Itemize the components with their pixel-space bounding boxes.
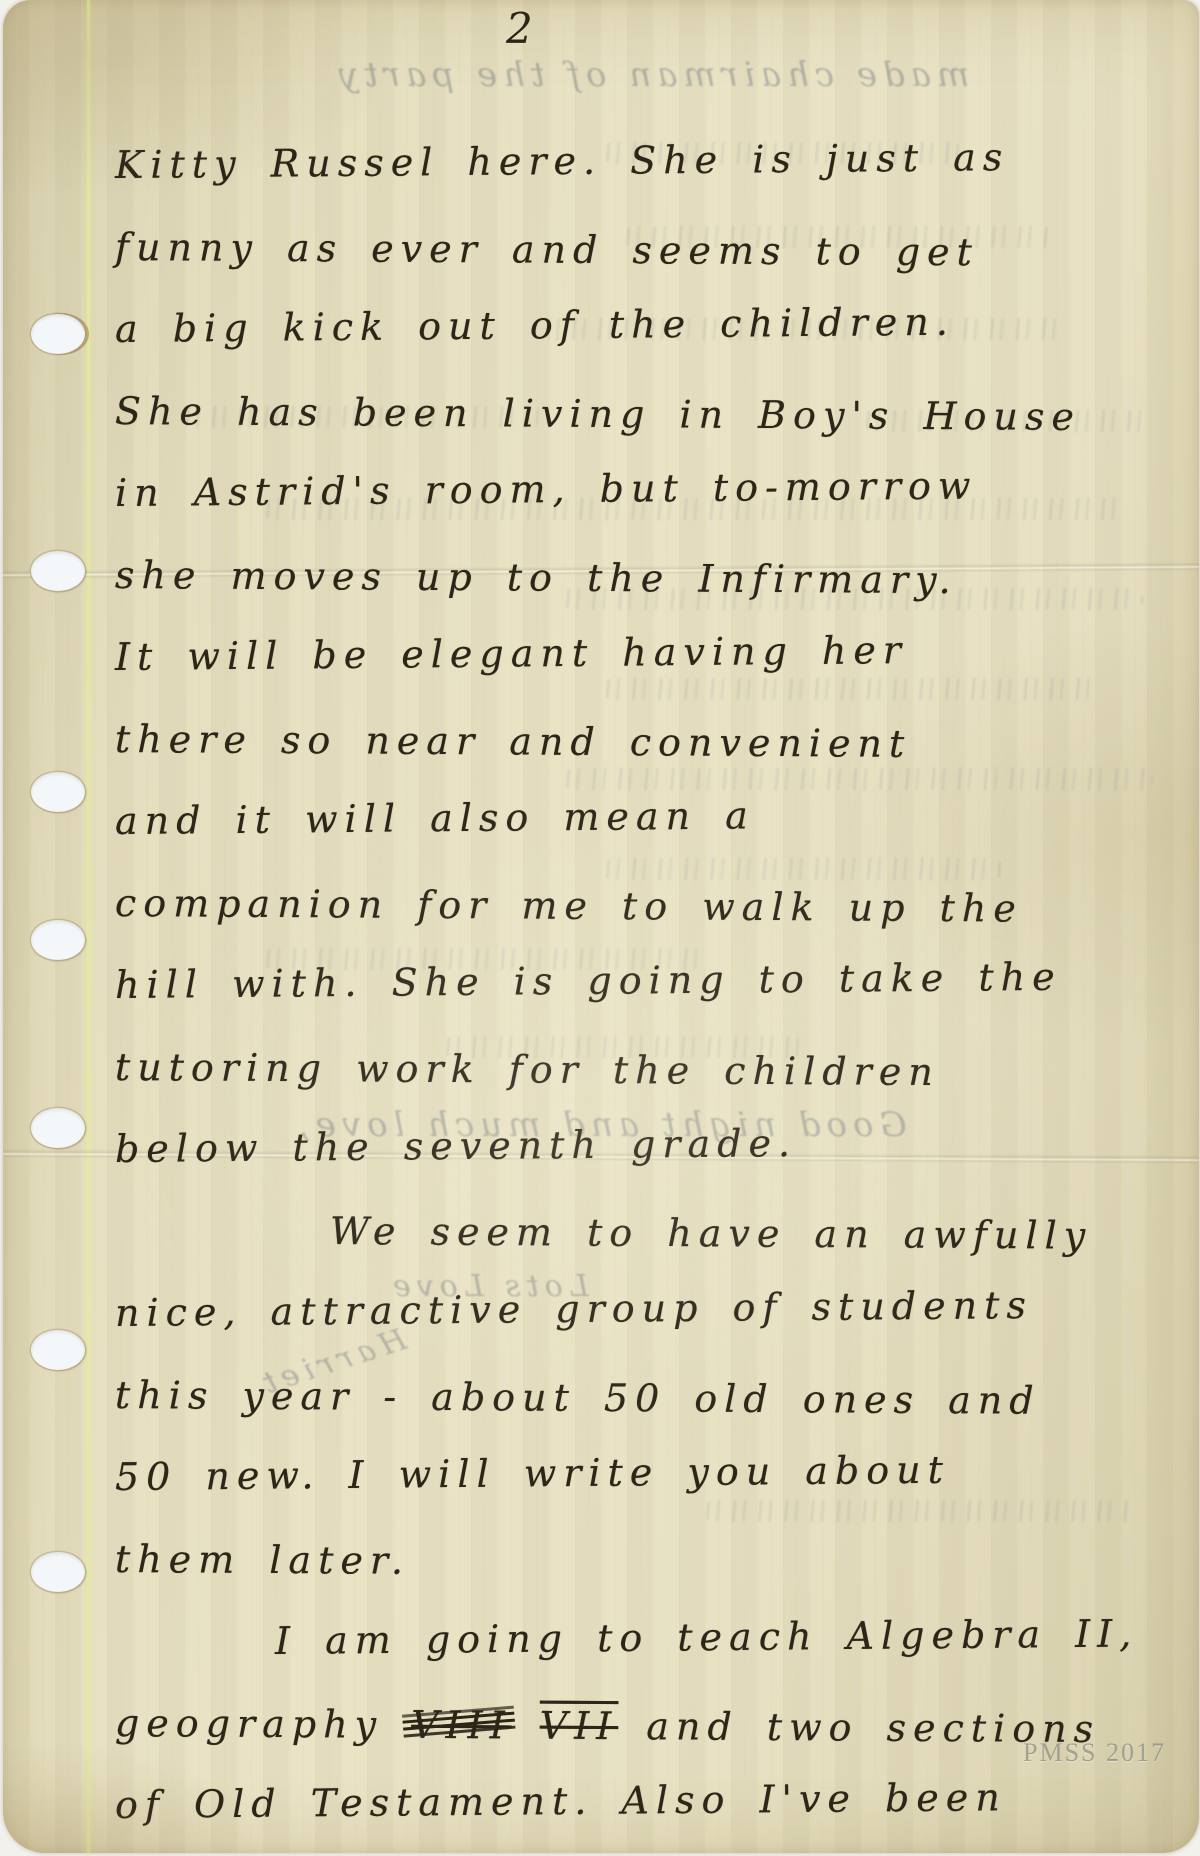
letter-line: companion for me to walk up the: [115, 884, 1023, 928]
letter-line: I am going to teach Algebra II,: [275, 1614, 1139, 1660]
page-number: 2: [506, 8, 533, 50]
letter-line: there so near and convenient: [115, 720, 911, 763]
punch-hole: [31, 920, 85, 960]
letter-line: of Old Testament. Also I've been: [115, 1778, 1007, 1824]
bleedthrough-squiggle: [703, 1500, 1133, 1522]
punch-hole: [31, 551, 85, 591]
letter-line: a big kick out of the children.: [115, 303, 955, 348]
punch-hole: [31, 1552, 85, 1592]
letter-line: nice, attractive group of students: [115, 1286, 1033, 1332]
letter-line: below the seventh grade.: [115, 1124, 797, 1168]
letter-line: It will be elegant having her: [115, 631, 908, 676]
scribble-text: VIII: [411, 1703, 512, 1748]
letter-line: and it will also mean a: [115, 796, 755, 840]
watermark: PMSS 2017: [1023, 1740, 1166, 1766]
punch-hole: [31, 1330, 85, 1370]
letter-page: made chairman of the party Good night an…: [3, 0, 1199, 1853]
letter-line: she moves up to the Infirmary.: [115, 556, 958, 599]
letter-line: She has been living in Boy's House: [115, 392, 1081, 436]
letter-line: We seem to have an awfully: [330, 1212, 1092, 1255]
bleedthrough-squiggle: [603, 678, 1103, 700]
punch-hole: [31, 1108, 85, 1148]
letter-line: tutoring work for the children: [115, 1048, 940, 1091]
letter-line: them later.: [115, 1540, 410, 1580]
letter-text: geography: [115, 1701, 411, 1747]
letter-line: geography VIII VII and two sections: [115, 1704, 1100, 1748]
letter-line: Kitty Russel here. She is just as: [115, 138, 1010, 184]
punch-hole: [31, 314, 85, 354]
bleedthrough-squiggle: [603, 858, 1003, 880]
letter-line: in Astrid's room, but to-morrow: [115, 466, 978, 512]
letter-line: 50 new. I will write you about: [115, 1451, 950, 1496]
strike-text: VII: [540, 1704, 619, 1748]
punch-hole: [31, 772, 85, 812]
margin-line: [87, 0, 90, 1853]
letter-text: [512, 1703, 540, 1747]
bleedthrough-squiggle: [563, 768, 1153, 790]
letter-line: hill with. She is going to take the: [115, 958, 1062, 1004]
letter-line: this year - about 50 old ones and: [115, 1376, 1041, 1420]
letter-line: funny as ever and seems to get: [115, 228, 979, 271]
bleedthrough-text: made chairman of the party: [333, 58, 969, 92]
scanned-letter: made chairman of the party Good night an…: [0, 0, 1200, 1856]
